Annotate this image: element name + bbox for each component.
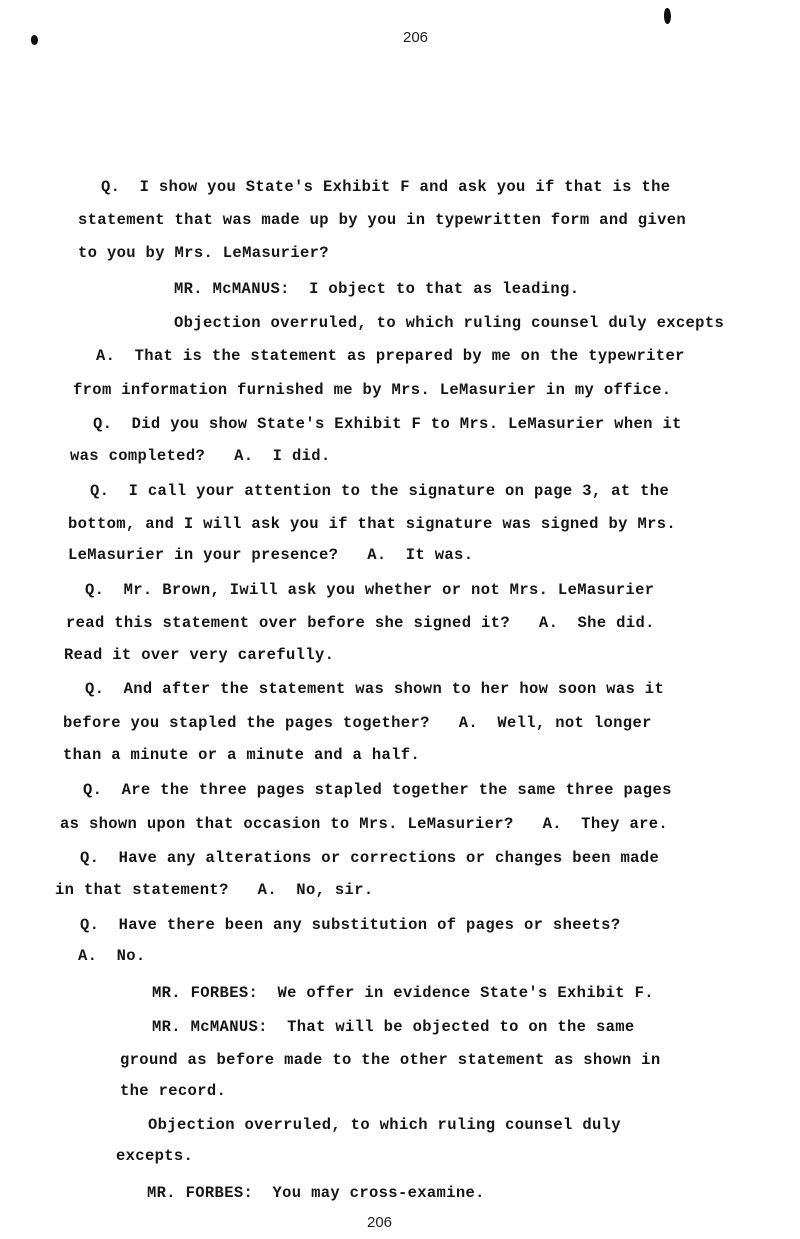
- page-number-bottom: 206: [367, 1214, 392, 1231]
- transcript-line: was completed? A. I did.: [70, 446, 331, 466]
- transcript-page: 206 Q. I show you State's Exhibit F and …: [0, 0, 800, 1239]
- transcript-line: Q. Are the three pages stapled together …: [83, 780, 672, 800]
- transcript-line: MR. McMANUS: That will be objected to on…: [152, 1017, 635, 1037]
- transcript-line: statement that was made up by you in typ…: [78, 210, 686, 230]
- transcript-line: bottom, and I will ask you if that signa…: [68, 514, 676, 534]
- transcript-line: MR. McMANUS: I object to that as leading…: [174, 279, 579, 299]
- punch-hole-mark-left: [31, 35, 38, 45]
- transcript-line: Objection overruled, to which ruling cou…: [174, 313, 724, 333]
- transcript-line: A. That is the statement as prepared by …: [96, 346, 685, 366]
- transcript-line: A. No.: [78, 946, 146, 966]
- transcript-line: MR. FORBES: We offer in evidence State's…: [152, 983, 654, 1003]
- transcript-line: MR. FORBES: You may cross-examine.: [147, 1183, 485, 1203]
- transcript-line: Q. Did you show State's Exhibit F to Mrs…: [93, 414, 682, 434]
- transcript-line: Q. Have there been any substitution of p…: [80, 915, 620, 935]
- transcript-line: Q. I show you State's Exhibit F and ask …: [101, 177, 670, 197]
- transcript-line: Q. And after the statement was shown to …: [85, 679, 664, 699]
- transcript-line: the record.: [120, 1081, 226, 1101]
- transcript-line: Q. Mr. Brown, Iwill ask you whether or n…: [85, 580, 654, 600]
- transcript-line: read this statement over before she sign…: [66, 613, 655, 633]
- transcript-line: excepts.: [116, 1146, 193, 1166]
- transcript-line: in that statement? A. No, sir.: [55, 880, 374, 900]
- transcript-line: Objection overruled, to which ruling cou…: [148, 1115, 621, 1135]
- transcript-line: to you by Mrs. LeMasurier?: [78, 243, 329, 263]
- transcript-line: as shown upon that occasion to Mrs. LeMa…: [60, 814, 668, 834]
- transcript-line: LeMasurier in your presence? A. It was.: [68, 545, 473, 565]
- transcript-line: Q. I call your attention to the signatur…: [90, 481, 669, 501]
- transcript-line: Q. Have any alterations or corrections o…: [80, 848, 659, 868]
- transcript-line: ground as before made to the other state…: [120, 1050, 660, 1070]
- page-number-top: 206: [403, 29, 428, 46]
- transcript-line: before you stapled the pages together? A…: [63, 713, 652, 733]
- transcript-line: Read it over very carefully.: [64, 645, 334, 665]
- transcript-line: from information furnished me by Mrs. Le…: [73, 380, 671, 400]
- punch-hole-mark-right: [664, 8, 671, 24]
- transcript-line: than a minute or a minute and a half.: [63, 745, 420, 765]
